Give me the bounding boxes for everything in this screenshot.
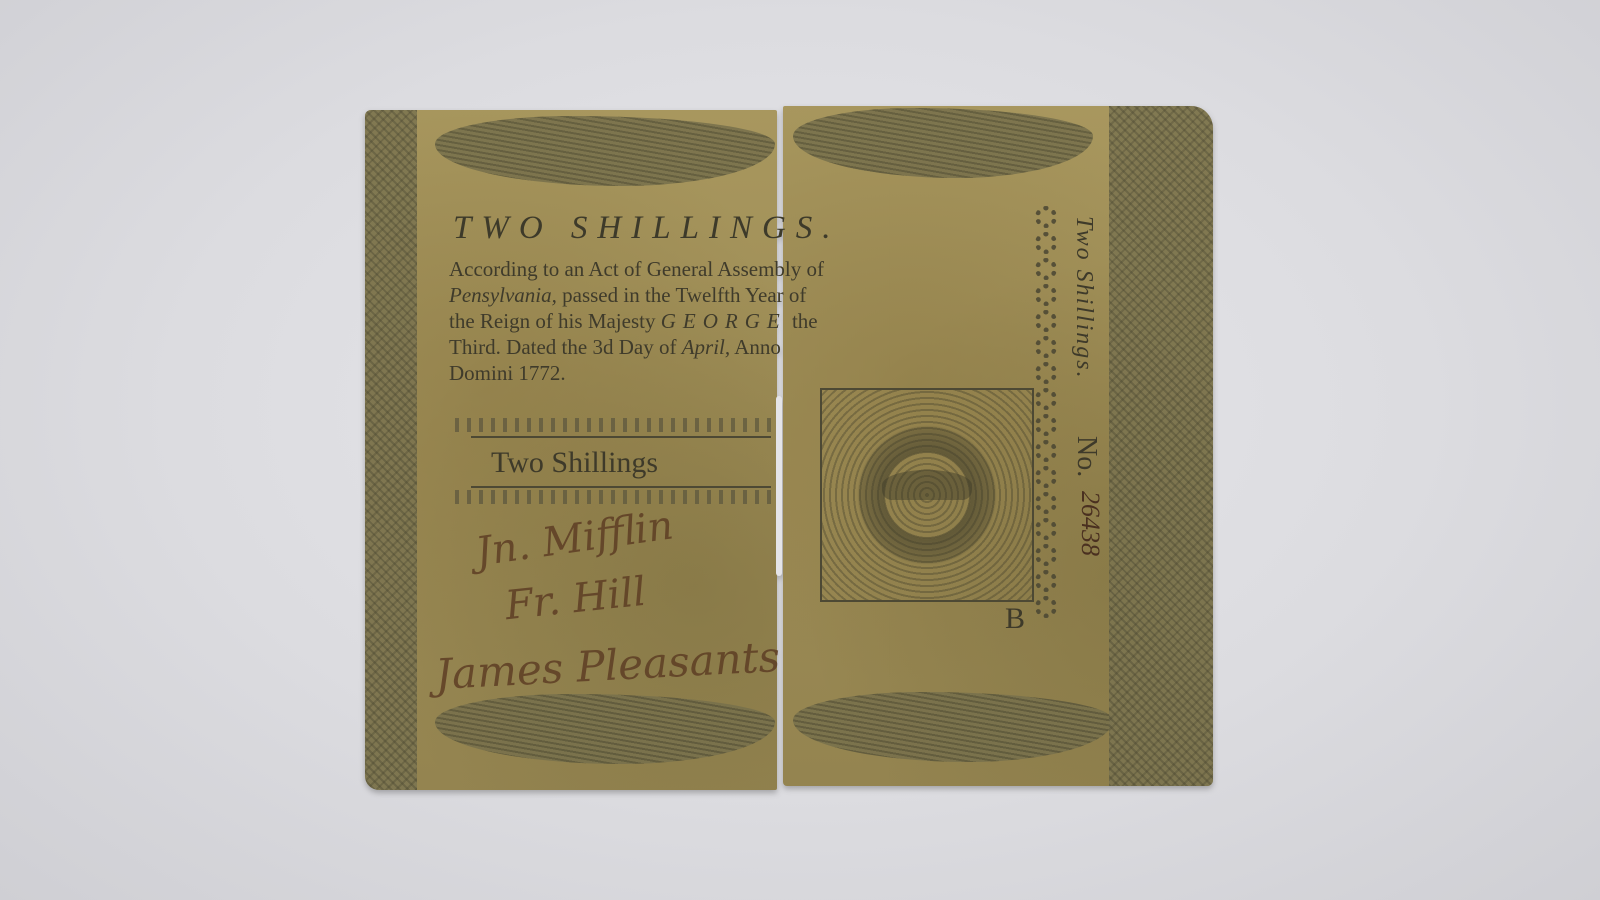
legend-line-2: Pensylvania, passed in the Twelfth Year … [449,282,1029,308]
legend-line-4: Third. Dated the 3d Day of April, Anno [449,334,1029,360]
note-legend: According to an Act of General Assembly … [449,256,1029,386]
rosette-column [1035,206,1061,618]
center-tear [776,396,782,576]
note-title: TWO SHILLINGS. [453,210,841,247]
plate-letter: B [1005,602,1025,636]
amount-box: Two Shillings [471,436,771,488]
rosette-icon [1035,310,1057,332]
rosette-icon [1035,440,1057,462]
serial-label: No. [1070,436,1102,477]
legend-line-3: the Reign of his Majesty GEORGE the [449,308,1029,334]
rosette-icon [1035,206,1057,228]
right-border-pattern [1109,106,1213,786]
top-wave-ornament [435,116,775,186]
rosette-icon [1035,570,1057,592]
rosette-icon [1035,596,1057,618]
rosette-icon [1035,258,1057,280]
rosette-icon [1035,284,1057,306]
ornament-row-top [455,418,775,432]
banknote: TWO SHILLINGS. According to an Act of Ge… [365,106,1215,786]
rosette-icon [1035,492,1057,514]
vertical-denomination: Two Shillings. [1070,216,1097,380]
ornament-row-bottom [455,490,775,504]
bottom-wave-ornament [435,694,775,764]
left-border-pattern [365,110,417,790]
rosette-icon [1035,336,1057,358]
rosette-icon [1035,544,1057,566]
amount-text: Two Shillings [491,446,658,480]
bottom-wave-ornament [793,692,1113,762]
rosette-icon [1035,362,1057,384]
rosette-icon [1035,232,1057,254]
rosette-icon [1035,414,1057,436]
serial-number: 26438 [1075,491,1105,556]
top-wave-ornament [793,108,1093,178]
legend-line-5: Domini 1772. [449,360,1029,386]
rosette-icon [1035,518,1057,540]
crown-icon [882,470,972,500]
rosette-icon [1035,388,1057,410]
legend-line-1: According to an Act of General Assembly … [449,256,1029,282]
crest-seal [820,388,1034,602]
rosette-icon [1035,466,1057,488]
